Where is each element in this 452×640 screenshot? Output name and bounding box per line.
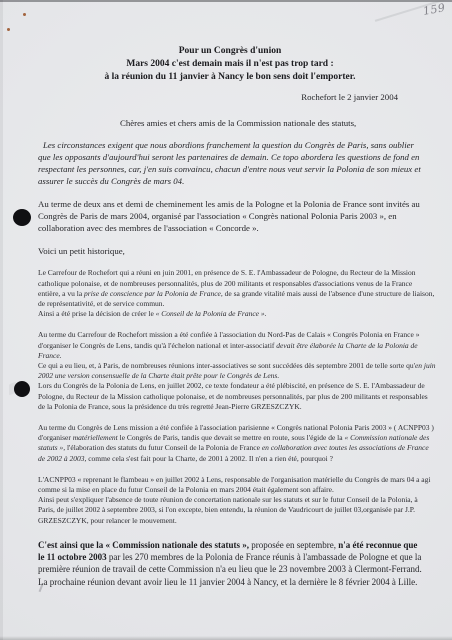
hole-punch-top xyxy=(13,209,31,226)
letter-paragraph: Au terme du Carrefour de Rochefort missi… xyxy=(38,330,436,412)
letter-paragraph: C'est ainsi que la « Commission national… xyxy=(38,539,422,588)
handwritten-page-number: 159 xyxy=(422,1,446,18)
title-line-2: Mars 2004 c'est demain mais il n'est pas… xyxy=(38,58,422,71)
letter-paragraph: Le Carrefour de Rochefort qui a réuni en… xyxy=(38,268,436,319)
dust-speck xyxy=(23,13,26,16)
text-run: proposée en septembre, xyxy=(249,540,338,550)
letter-body: Les circonstances exigent que nous abord… xyxy=(38,139,422,588)
text-run: l'élaboration des statuts du futur Conse… xyxy=(65,443,262,452)
text-run: Lors du Congrès de la Polonia de Lens, e… xyxy=(38,381,428,410)
text-run: « Conseil de la Polonia de France ». xyxy=(156,309,267,318)
title-line-1: Pour un Congrès d'union xyxy=(38,45,422,58)
text-run: L'ACNPP03 « reprenant le flambeau » en j… xyxy=(38,475,430,494)
text-run: Ainsi a été prise la décision de créer l… xyxy=(38,309,156,318)
text-run: Ce qui a eu lieu, et, à Paris, de nombre… xyxy=(38,361,415,370)
text-run: le Congrès de Paris, tandis que devait s… xyxy=(118,433,345,442)
letter-paragraph: Au terme du Congrès de Lens mission a ét… xyxy=(38,423,436,464)
text-run: Voici un petit historique, xyxy=(38,246,125,256)
letter-salutation: Chères amies et chers amis de la Commiss… xyxy=(120,118,422,128)
title-line-3: à la réunion du 11 janvier à Nancy le bo… xyxy=(38,71,422,84)
scan-edge-top xyxy=(0,0,452,2)
letter-paragraph: L'ACNPP03 « reprenant le flambeau » en j… xyxy=(38,475,436,526)
letter-content: Pour un Congrès d'union Mars 2004 c'est … xyxy=(38,45,422,588)
letter-paragraph: Les circonstances exigent que nous abord… xyxy=(38,139,422,187)
scan-edge-bottom xyxy=(0,636,452,640)
letter-paragraph: Au terme de deux ans et demi de cheminem… xyxy=(38,198,422,234)
text-run: prise de conscience par la Polonia de Fr… xyxy=(84,289,223,298)
text-run: C'est ainsi que la « Commission national… xyxy=(38,540,249,550)
letter-title: Pour un Congrès d'union Mars 2004 c'est … xyxy=(38,45,422,83)
scanned-letter-page: 159 Pour un Congrès d'union Mars 2004 c'… xyxy=(0,0,452,640)
hole-punch-bottom xyxy=(14,381,30,397)
text-run: Au terme de deux ans et demi de cheminem… xyxy=(38,199,420,233)
text-run: Ainsi peut s'expliquer l'absence de tout… xyxy=(38,495,418,524)
text-run: comme cela s'est fait pour la Charte, de… xyxy=(86,454,333,463)
text-run: matériellement xyxy=(73,433,118,442)
letter-paragraph: Voici un petit historique, xyxy=(38,245,422,257)
scan-edge-left xyxy=(0,0,3,640)
text-run: Les circonstances exigent que nous abord… xyxy=(38,140,421,186)
dust-speck xyxy=(7,28,10,31)
letter-dateline: Rochefort le 2 janvier 2004 xyxy=(38,92,422,102)
